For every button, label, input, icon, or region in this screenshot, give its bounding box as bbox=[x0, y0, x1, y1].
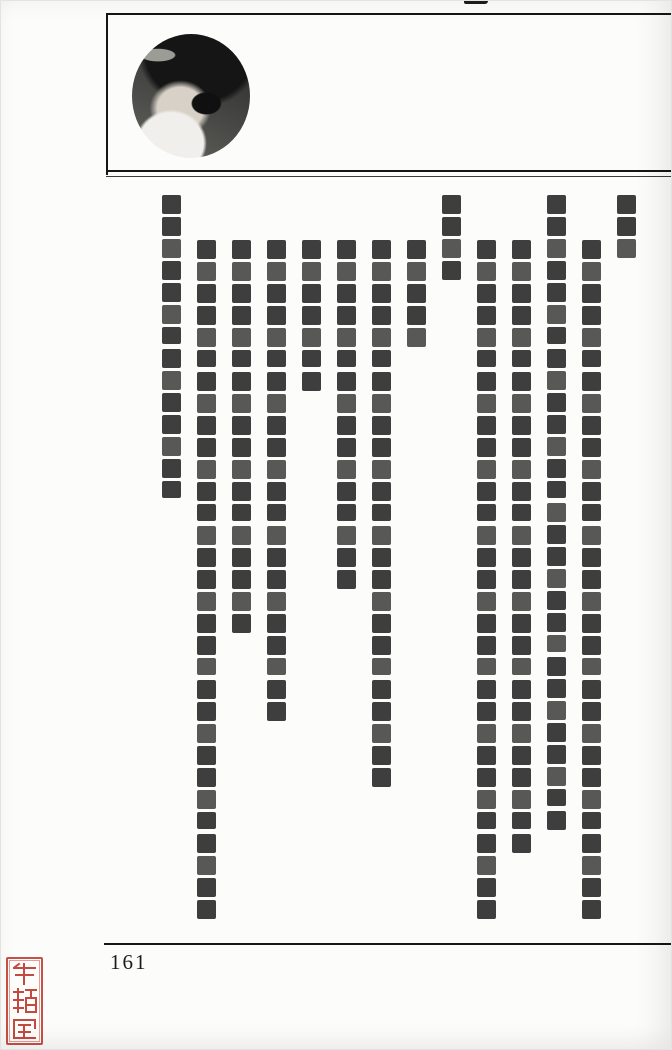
redacted-glyph bbox=[582, 438, 601, 457]
redacted-glyph bbox=[162, 349, 181, 368]
redacted-glyph bbox=[372, 636, 391, 655]
redacted-glyph bbox=[512, 834, 531, 853]
redacted-glyph bbox=[582, 262, 601, 281]
redacted-glyph bbox=[197, 570, 216, 589]
redacted-glyph bbox=[232, 416, 251, 435]
redacted-glyph bbox=[267, 262, 286, 281]
redacted-glyph bbox=[267, 570, 286, 589]
redacted-glyph bbox=[267, 658, 286, 675]
redacted-glyph bbox=[302, 240, 321, 259]
redacted-glyph bbox=[232, 592, 251, 611]
redacted-glyph bbox=[337, 262, 356, 281]
redacted-glyph bbox=[512, 350, 531, 367]
redacted-glyph bbox=[477, 702, 496, 721]
redacted-glyph bbox=[337, 306, 356, 325]
redacted-glyph bbox=[547, 503, 566, 522]
redacted-glyph bbox=[407, 240, 426, 259]
redacted-glyph bbox=[197, 592, 216, 611]
redacted-glyph bbox=[582, 482, 601, 501]
redacted-glyph bbox=[582, 372, 601, 391]
redacted-glyph bbox=[477, 438, 496, 457]
redacted-glyph bbox=[547, 789, 566, 806]
redacted-glyph bbox=[582, 284, 601, 303]
redacted-glyph bbox=[337, 372, 356, 391]
paragraph-indent bbox=[267, 195, 287, 240]
body-text-redacted bbox=[147, 195, 637, 940]
redacted-glyph bbox=[197, 438, 216, 457]
redacted-glyph bbox=[372, 262, 391, 281]
redacted-glyph bbox=[267, 372, 286, 391]
redacted-glyph bbox=[372, 350, 391, 367]
text-column bbox=[337, 195, 357, 940]
redacted-glyph bbox=[197, 262, 216, 281]
redacted-glyph bbox=[582, 570, 601, 589]
redacted-glyph bbox=[512, 460, 531, 479]
redacted-glyph bbox=[512, 724, 531, 743]
redacted-glyph bbox=[372, 526, 391, 545]
redacted-glyph bbox=[477, 460, 496, 479]
redacted-glyph bbox=[547, 481, 566, 498]
redacted-glyph bbox=[337, 240, 356, 259]
redacted-glyph bbox=[547, 437, 566, 456]
redacted-glyph bbox=[197, 350, 216, 367]
redacted-glyph bbox=[477, 900, 496, 919]
redacted-glyph bbox=[267, 504, 286, 521]
redacted-glyph bbox=[477, 856, 496, 875]
redacted-glyph bbox=[302, 350, 321, 367]
paragraph-indent bbox=[197, 195, 217, 240]
redacted-glyph bbox=[162, 437, 181, 456]
redacted-glyph bbox=[302, 306, 321, 325]
redacted-glyph bbox=[547, 811, 566, 830]
redacted-glyph bbox=[162, 459, 181, 478]
portrait-illustration bbox=[132, 34, 250, 158]
redacted-glyph bbox=[337, 416, 356, 435]
redacted-glyph bbox=[582, 746, 601, 765]
redacted-glyph bbox=[547, 261, 566, 280]
redacted-glyph bbox=[512, 372, 531, 391]
redacted-glyph bbox=[547, 679, 566, 698]
redacted-glyph bbox=[477, 350, 496, 367]
redacted-glyph bbox=[162, 195, 181, 214]
redacted-glyph bbox=[372, 438, 391, 457]
redacted-glyph bbox=[582, 306, 601, 325]
redacted-glyph bbox=[267, 284, 286, 303]
redacted-glyph bbox=[267, 416, 286, 435]
redacted-glyph bbox=[267, 306, 286, 325]
redacted-glyph bbox=[582, 702, 601, 721]
redacted-glyph bbox=[197, 790, 216, 809]
redacted-glyph bbox=[197, 416, 216, 435]
redacted-glyph bbox=[337, 460, 356, 479]
paragraph-indent bbox=[232, 195, 252, 240]
redacted-glyph bbox=[477, 834, 496, 853]
redacted-glyph bbox=[582, 504, 601, 521]
text-column bbox=[267, 195, 287, 940]
redacted-glyph bbox=[337, 482, 356, 501]
redacted-glyph bbox=[232, 240, 251, 259]
redacted-glyph bbox=[582, 328, 601, 347]
redacted-glyph bbox=[477, 636, 496, 655]
header-rule-left bbox=[106, 13, 108, 175]
redacted-glyph bbox=[232, 570, 251, 589]
redacted-glyph bbox=[617, 217, 636, 236]
redacted-glyph bbox=[162, 327, 181, 344]
redacted-glyph bbox=[372, 284, 391, 303]
redacted-glyph bbox=[267, 438, 286, 457]
redacted-glyph bbox=[477, 240, 496, 259]
redacted-glyph bbox=[372, 372, 391, 391]
redacted-glyph bbox=[547, 371, 566, 390]
redacted-glyph bbox=[267, 680, 286, 699]
paragraph-indent bbox=[582, 195, 602, 240]
redacted-glyph bbox=[267, 394, 286, 413]
redacted-glyph bbox=[582, 900, 601, 919]
redacted-glyph bbox=[162, 371, 181, 390]
redacted-glyph bbox=[197, 680, 216, 699]
redacted-glyph bbox=[197, 240, 216, 259]
redacted-glyph bbox=[267, 240, 286, 259]
redacted-glyph bbox=[232, 350, 251, 367]
redacted-glyph bbox=[512, 570, 531, 589]
redacted-glyph bbox=[372, 328, 391, 347]
redacted-glyph bbox=[512, 240, 531, 259]
redacted-glyph bbox=[197, 702, 216, 721]
text-column bbox=[617, 195, 637, 940]
redacted-glyph bbox=[267, 526, 286, 545]
text-column bbox=[512, 195, 532, 940]
redacted-glyph bbox=[582, 394, 601, 413]
redacted-glyph bbox=[372, 768, 391, 787]
redacted-glyph bbox=[337, 350, 356, 367]
seal-glyphs-icon bbox=[11, 962, 38, 1040]
paragraph-indent bbox=[512, 195, 532, 240]
paragraph-indent bbox=[372, 195, 392, 240]
redacted-glyph bbox=[407, 262, 426, 281]
redacted-glyph bbox=[547, 217, 566, 236]
redacted-glyph bbox=[547, 415, 566, 434]
redacted-glyph bbox=[477, 306, 496, 325]
redacted-glyph bbox=[477, 768, 496, 787]
redacted-glyph bbox=[512, 416, 531, 435]
redacted-glyph bbox=[372, 240, 391, 259]
redacted-glyph bbox=[582, 416, 601, 435]
redacted-glyph bbox=[442, 217, 461, 236]
redacted-glyph bbox=[547, 239, 566, 258]
redacted-glyph bbox=[372, 658, 391, 675]
redacted-glyph bbox=[267, 702, 286, 721]
redacted-glyph bbox=[512, 614, 531, 633]
redacted-glyph bbox=[512, 438, 531, 457]
redacted-glyph bbox=[197, 812, 216, 829]
redacted-glyph bbox=[197, 878, 216, 897]
redacted-glyph bbox=[547, 657, 566, 676]
redacted-glyph bbox=[302, 328, 321, 347]
redacted-glyph bbox=[197, 306, 216, 325]
redacted-glyph bbox=[582, 724, 601, 743]
redacted-glyph bbox=[197, 900, 216, 919]
redacted-glyph bbox=[477, 526, 496, 545]
redacted-glyph bbox=[477, 614, 496, 633]
redacted-glyph bbox=[547, 701, 566, 720]
redacted-glyph bbox=[547, 525, 566, 544]
redacted-glyph bbox=[477, 504, 496, 521]
redacted-glyph bbox=[477, 658, 496, 675]
redacted-glyph bbox=[232, 438, 251, 457]
redacted-glyph bbox=[232, 460, 251, 479]
redacted-glyph bbox=[372, 394, 391, 413]
redacted-glyph bbox=[582, 460, 601, 479]
redacted-glyph bbox=[267, 460, 286, 479]
redacted-glyph bbox=[547, 723, 566, 742]
redacted-glyph bbox=[197, 460, 216, 479]
redacted-glyph bbox=[337, 394, 356, 413]
redacted-glyph bbox=[372, 548, 391, 567]
redacted-glyph bbox=[547, 459, 566, 478]
redacted-glyph bbox=[372, 416, 391, 435]
redacted-glyph bbox=[547, 195, 566, 214]
redacted-glyph bbox=[512, 284, 531, 303]
redacted-glyph bbox=[582, 790, 601, 809]
redacted-glyph bbox=[512, 328, 531, 347]
redacted-glyph bbox=[477, 328, 496, 347]
redacted-glyph bbox=[372, 680, 391, 699]
redacted-glyph bbox=[547, 547, 566, 566]
redacted-glyph bbox=[547, 393, 566, 412]
redacted-glyph bbox=[267, 614, 286, 633]
redacted-glyph bbox=[337, 284, 356, 303]
page-number: 161 bbox=[110, 950, 148, 975]
redacted-glyph bbox=[337, 548, 356, 567]
scan-artifact bbox=[464, 0, 488, 4]
redacted-glyph bbox=[512, 790, 531, 809]
redacted-glyph bbox=[162, 415, 181, 434]
redacted-glyph bbox=[197, 614, 216, 633]
redacted-glyph bbox=[477, 262, 496, 281]
redacted-glyph bbox=[197, 856, 216, 875]
redacted-glyph bbox=[197, 834, 216, 853]
redacted-glyph bbox=[162, 239, 181, 258]
redacted-glyph bbox=[372, 482, 391, 501]
redacted-glyph bbox=[337, 328, 356, 347]
redacted-glyph bbox=[162, 481, 181, 498]
redacted-glyph bbox=[582, 812, 601, 829]
redacted-glyph bbox=[197, 746, 216, 765]
text-column bbox=[582, 195, 602, 940]
redacted-glyph bbox=[197, 548, 216, 567]
redacted-glyph bbox=[512, 636, 531, 655]
redacted-glyph bbox=[197, 284, 216, 303]
redacted-glyph bbox=[372, 746, 391, 765]
redacted-glyph bbox=[232, 526, 251, 545]
redacted-glyph bbox=[232, 262, 251, 281]
redacted-glyph bbox=[512, 746, 531, 765]
text-column bbox=[197, 195, 217, 940]
redacted-glyph bbox=[267, 328, 286, 347]
text-column bbox=[232, 195, 252, 940]
redacted-glyph bbox=[267, 592, 286, 611]
redacted-glyph bbox=[617, 239, 636, 258]
redacted-glyph bbox=[547, 305, 566, 324]
redacted-glyph bbox=[582, 548, 601, 567]
redacted-glyph bbox=[512, 548, 531, 567]
redacted-glyph bbox=[477, 416, 496, 435]
redacted-glyph bbox=[512, 306, 531, 325]
redacted-glyph bbox=[442, 261, 461, 280]
redacted-glyph bbox=[162, 261, 181, 280]
redacted-glyph bbox=[302, 284, 321, 303]
redacted-glyph bbox=[337, 438, 356, 457]
redacted-glyph bbox=[372, 592, 391, 611]
redacted-glyph bbox=[372, 724, 391, 743]
paragraph-indent bbox=[337, 195, 357, 240]
redacted-glyph bbox=[302, 262, 321, 281]
redacted-glyph bbox=[197, 724, 216, 743]
redacted-glyph bbox=[477, 592, 496, 611]
redacted-glyph bbox=[582, 834, 601, 853]
redacted-glyph bbox=[372, 614, 391, 633]
redacted-glyph bbox=[582, 856, 601, 875]
redacted-glyph bbox=[337, 570, 356, 589]
redacted-glyph bbox=[547, 327, 566, 344]
redacted-glyph bbox=[547, 635, 566, 652]
redacted-glyph bbox=[197, 394, 216, 413]
redacted-glyph bbox=[197, 482, 216, 501]
redacted-glyph bbox=[477, 878, 496, 897]
redacted-glyph bbox=[547, 767, 566, 786]
text-column bbox=[407, 195, 427, 940]
redacted-glyph bbox=[477, 680, 496, 699]
text-column bbox=[302, 195, 322, 940]
redacted-glyph bbox=[372, 702, 391, 721]
redacted-glyph bbox=[232, 482, 251, 501]
redacted-glyph bbox=[337, 526, 356, 545]
header-rule-bottom-thin bbox=[106, 176, 672, 177]
redacted-glyph bbox=[197, 768, 216, 787]
redacted-glyph bbox=[477, 284, 496, 303]
publisher-seal-stamp bbox=[6, 957, 43, 1045]
text-column bbox=[372, 195, 392, 940]
redacted-glyph bbox=[547, 349, 566, 368]
redacted-glyph bbox=[582, 614, 601, 633]
redacted-glyph bbox=[267, 636, 286, 655]
redacted-glyph bbox=[582, 240, 601, 259]
paragraph-indent bbox=[477, 195, 497, 240]
redacted-glyph bbox=[162, 305, 181, 324]
redacted-glyph bbox=[197, 328, 216, 347]
header-rule-top bbox=[106, 13, 672, 15]
redacted-glyph bbox=[512, 768, 531, 787]
text-column bbox=[547, 195, 567, 940]
redacted-glyph bbox=[547, 283, 566, 302]
redacted-glyph bbox=[197, 658, 216, 675]
text-column bbox=[442, 195, 462, 940]
redacted-glyph bbox=[477, 724, 496, 743]
redacted-glyph bbox=[477, 790, 496, 809]
text-column bbox=[477, 195, 497, 940]
redacted-glyph bbox=[512, 592, 531, 611]
redacted-glyph bbox=[547, 569, 566, 588]
redacted-glyph bbox=[547, 613, 566, 632]
paragraph-indent bbox=[302, 195, 322, 240]
redacted-glyph bbox=[477, 394, 496, 413]
redacted-glyph bbox=[197, 526, 216, 545]
redacted-glyph bbox=[267, 482, 286, 501]
redacted-glyph bbox=[407, 306, 426, 325]
redacted-glyph bbox=[477, 570, 496, 589]
redacted-glyph bbox=[162, 393, 181, 412]
redacted-glyph bbox=[582, 658, 601, 675]
redacted-glyph bbox=[232, 614, 251, 633]
redacted-glyph bbox=[582, 768, 601, 787]
footer-rule bbox=[104, 943, 672, 945]
redacted-glyph bbox=[617, 195, 636, 214]
text-column bbox=[162, 195, 182, 940]
redacted-glyph bbox=[197, 504, 216, 521]
redacted-glyph bbox=[372, 460, 391, 479]
redacted-glyph bbox=[512, 504, 531, 521]
redacted-glyph bbox=[477, 482, 496, 501]
redacted-glyph bbox=[372, 504, 391, 521]
redacted-glyph bbox=[512, 680, 531, 699]
redacted-glyph bbox=[512, 812, 531, 829]
redacted-glyph bbox=[512, 658, 531, 675]
redacted-glyph bbox=[232, 394, 251, 413]
header-rule-bottom-thick bbox=[106, 170, 672, 172]
redacted-glyph bbox=[582, 636, 601, 655]
redacted-glyph bbox=[232, 548, 251, 567]
redacted-glyph bbox=[162, 283, 181, 302]
redacted-glyph bbox=[372, 570, 391, 589]
redacted-glyph bbox=[232, 328, 251, 347]
paragraph-indent bbox=[407, 195, 427, 240]
redacted-glyph bbox=[582, 592, 601, 611]
redacted-glyph bbox=[512, 482, 531, 501]
redacted-glyph bbox=[512, 262, 531, 281]
redacted-glyph bbox=[477, 812, 496, 829]
redacted-glyph bbox=[267, 350, 286, 367]
redacted-glyph bbox=[547, 591, 566, 610]
redacted-glyph bbox=[197, 636, 216, 655]
redacted-glyph bbox=[407, 328, 426, 347]
redacted-glyph bbox=[197, 372, 216, 391]
redacted-glyph bbox=[547, 745, 566, 764]
redacted-glyph bbox=[582, 680, 601, 699]
redacted-glyph bbox=[512, 702, 531, 721]
redacted-glyph bbox=[372, 306, 391, 325]
redacted-glyph bbox=[442, 239, 461, 258]
redacted-glyph bbox=[302, 372, 321, 391]
redacted-glyph bbox=[232, 306, 251, 325]
redacted-glyph bbox=[582, 526, 601, 545]
redacted-glyph bbox=[512, 526, 531, 545]
redacted-glyph bbox=[267, 548, 286, 567]
redacted-glyph bbox=[407, 284, 426, 303]
redacted-glyph bbox=[582, 878, 601, 897]
redacted-glyph bbox=[477, 548, 496, 567]
redacted-glyph bbox=[442, 195, 461, 214]
redacted-glyph bbox=[232, 284, 251, 303]
redacted-glyph bbox=[232, 504, 251, 521]
redacted-glyph bbox=[477, 372, 496, 391]
redacted-glyph bbox=[477, 746, 496, 765]
redacted-glyph bbox=[232, 372, 251, 391]
book-page: 161 bbox=[0, 0, 672, 1050]
redacted-glyph bbox=[512, 394, 531, 413]
redacted-glyph bbox=[582, 350, 601, 367]
redacted-glyph bbox=[337, 504, 356, 521]
redacted-glyph bbox=[162, 217, 181, 236]
